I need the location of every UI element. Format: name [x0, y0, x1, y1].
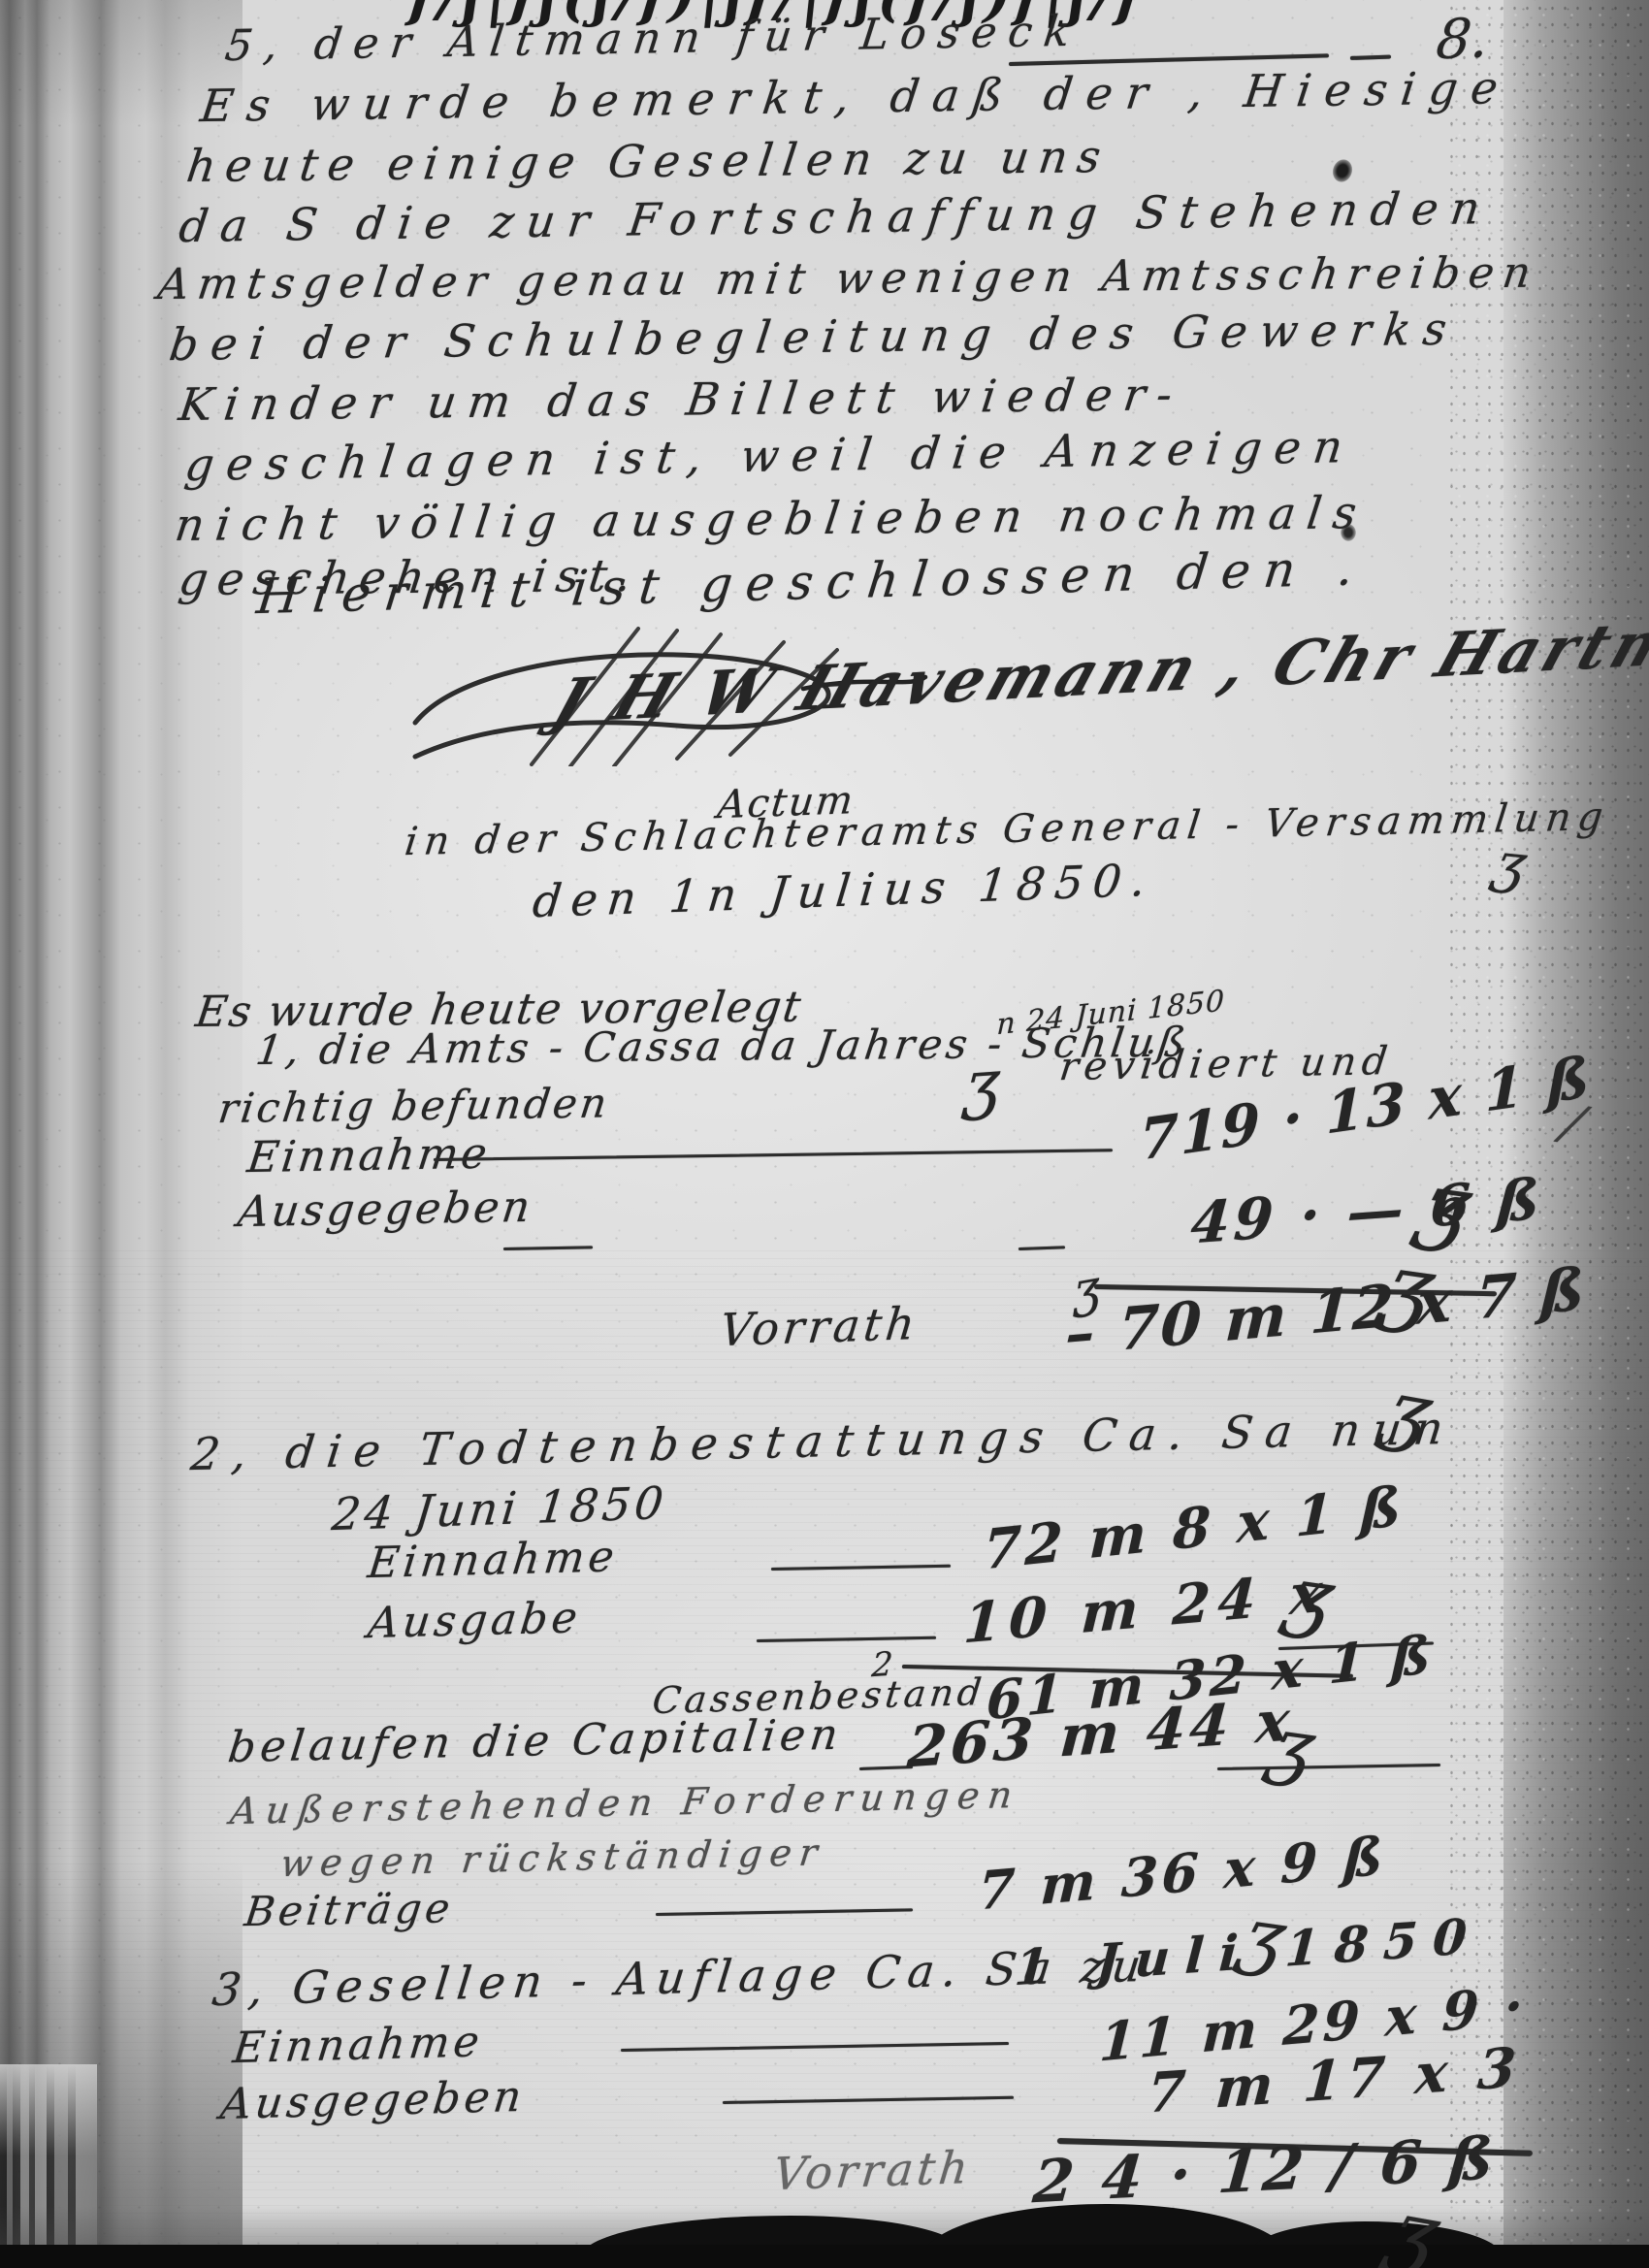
handwritten-line: Ausgabe — [366, 1597, 583, 1645]
handwritten-line: wegen rückständiger — [278, 1833, 826, 1882]
ink-rule — [503, 1246, 593, 1250]
amount: 49 · — 6 ß — [1189, 1171, 1545, 1252]
handwritten-line: Vorrath — [718, 1301, 921, 1352]
handwritten-line: Vorrath — [771, 2145, 974, 2196]
handwritten-line: da S die zur Fortschaffung Stehenden — [177, 185, 1495, 248]
ink-rule — [1018, 1246, 1065, 1250]
handwritten-line: Kinder um das Billett wieder- — [177, 372, 1186, 427]
ink-rule — [621, 2042, 1009, 2052]
ink-blotch — [1330, 156, 1355, 184]
handwritten-line: Ausgegeben — [236, 1186, 535, 1234]
handwritten-line: 1 Juli 1850 — [1013, 1911, 1483, 1993]
ink-rule — [723, 2096, 1014, 2104]
handwritten-line: heute einige Gesellen zu uns — [184, 134, 1113, 188]
ink-rule — [757, 1636, 936, 1642]
ink-rule — [1217, 1764, 1440, 1770]
handwritten-line: Amtsgelder genau mit wenigen Amtsschreib… — [155, 252, 1541, 307]
ink-rule — [859, 1766, 913, 1770]
handwritten-line: den 1n Julius 1850. — [531, 858, 1157, 924]
handwritten-line: nicht völlig ausgeblieben nochmals — [173, 490, 1371, 547]
scanned-page: ſ/ʃ|ſʃ(ʃ/ſ)|ʃſ/|ſʃ(ſ/ʃ)ſ|ʃ/ſ5, der Altma… — [0, 0, 1649, 2268]
ink-rule — [771, 1565, 951, 1571]
handwritten-line: Einnahme — [366, 1536, 620, 1585]
handwritten-line: richtig befunden — [216, 1083, 612, 1129]
handwritten-line: Ausgegeben — [218, 2076, 528, 2126]
handwritten-line: 5, der Altmann für Loseck — [223, 11, 1084, 69]
handwritten-line: 2, die Todtenbestattungs Ca. Sa nun — [188, 1406, 1458, 1476]
handwritten-line: 3, Gesellen - Auflage Ca. Sa zu — [210, 1943, 1151, 2012]
handwritten-line: Einnahme — [231, 2021, 485, 2070]
handwritten-line: bei der Schulbegleitung des Gewerks — [167, 307, 1462, 367]
handwritten-line: Beiträge — [242, 1888, 456, 1932]
ink-curl: ʒ — [961, 1051, 1002, 1118]
ink-rule — [1350, 55, 1391, 60]
handwritten-line: belaufen die Capitalien — [226, 1714, 845, 1769]
handwritten-line: 24 Juni 1850 — [330, 1480, 669, 1537]
handwritten-line: geschlagen ist, weil die Anzeigen — [182, 424, 1357, 487]
handwritten-line: in der Schlachteramts General - Versamml… — [403, 797, 1611, 861]
handwritten-line: Es wurde bemerkt, daß der , Hiesige — [198, 65, 1514, 128]
ink-rule — [656, 1908, 913, 1916]
handwritten-line: Außerstehenden Forderungen — [228, 1776, 1022, 1830]
ink-rule — [434, 1149, 1113, 1161]
handwritten-line: Einnahme — [245, 1133, 493, 1180]
page-number: 8. — [1434, 12, 1491, 68]
amount: 7 m 36 x 9 ß — [977, 1829, 1388, 1917]
